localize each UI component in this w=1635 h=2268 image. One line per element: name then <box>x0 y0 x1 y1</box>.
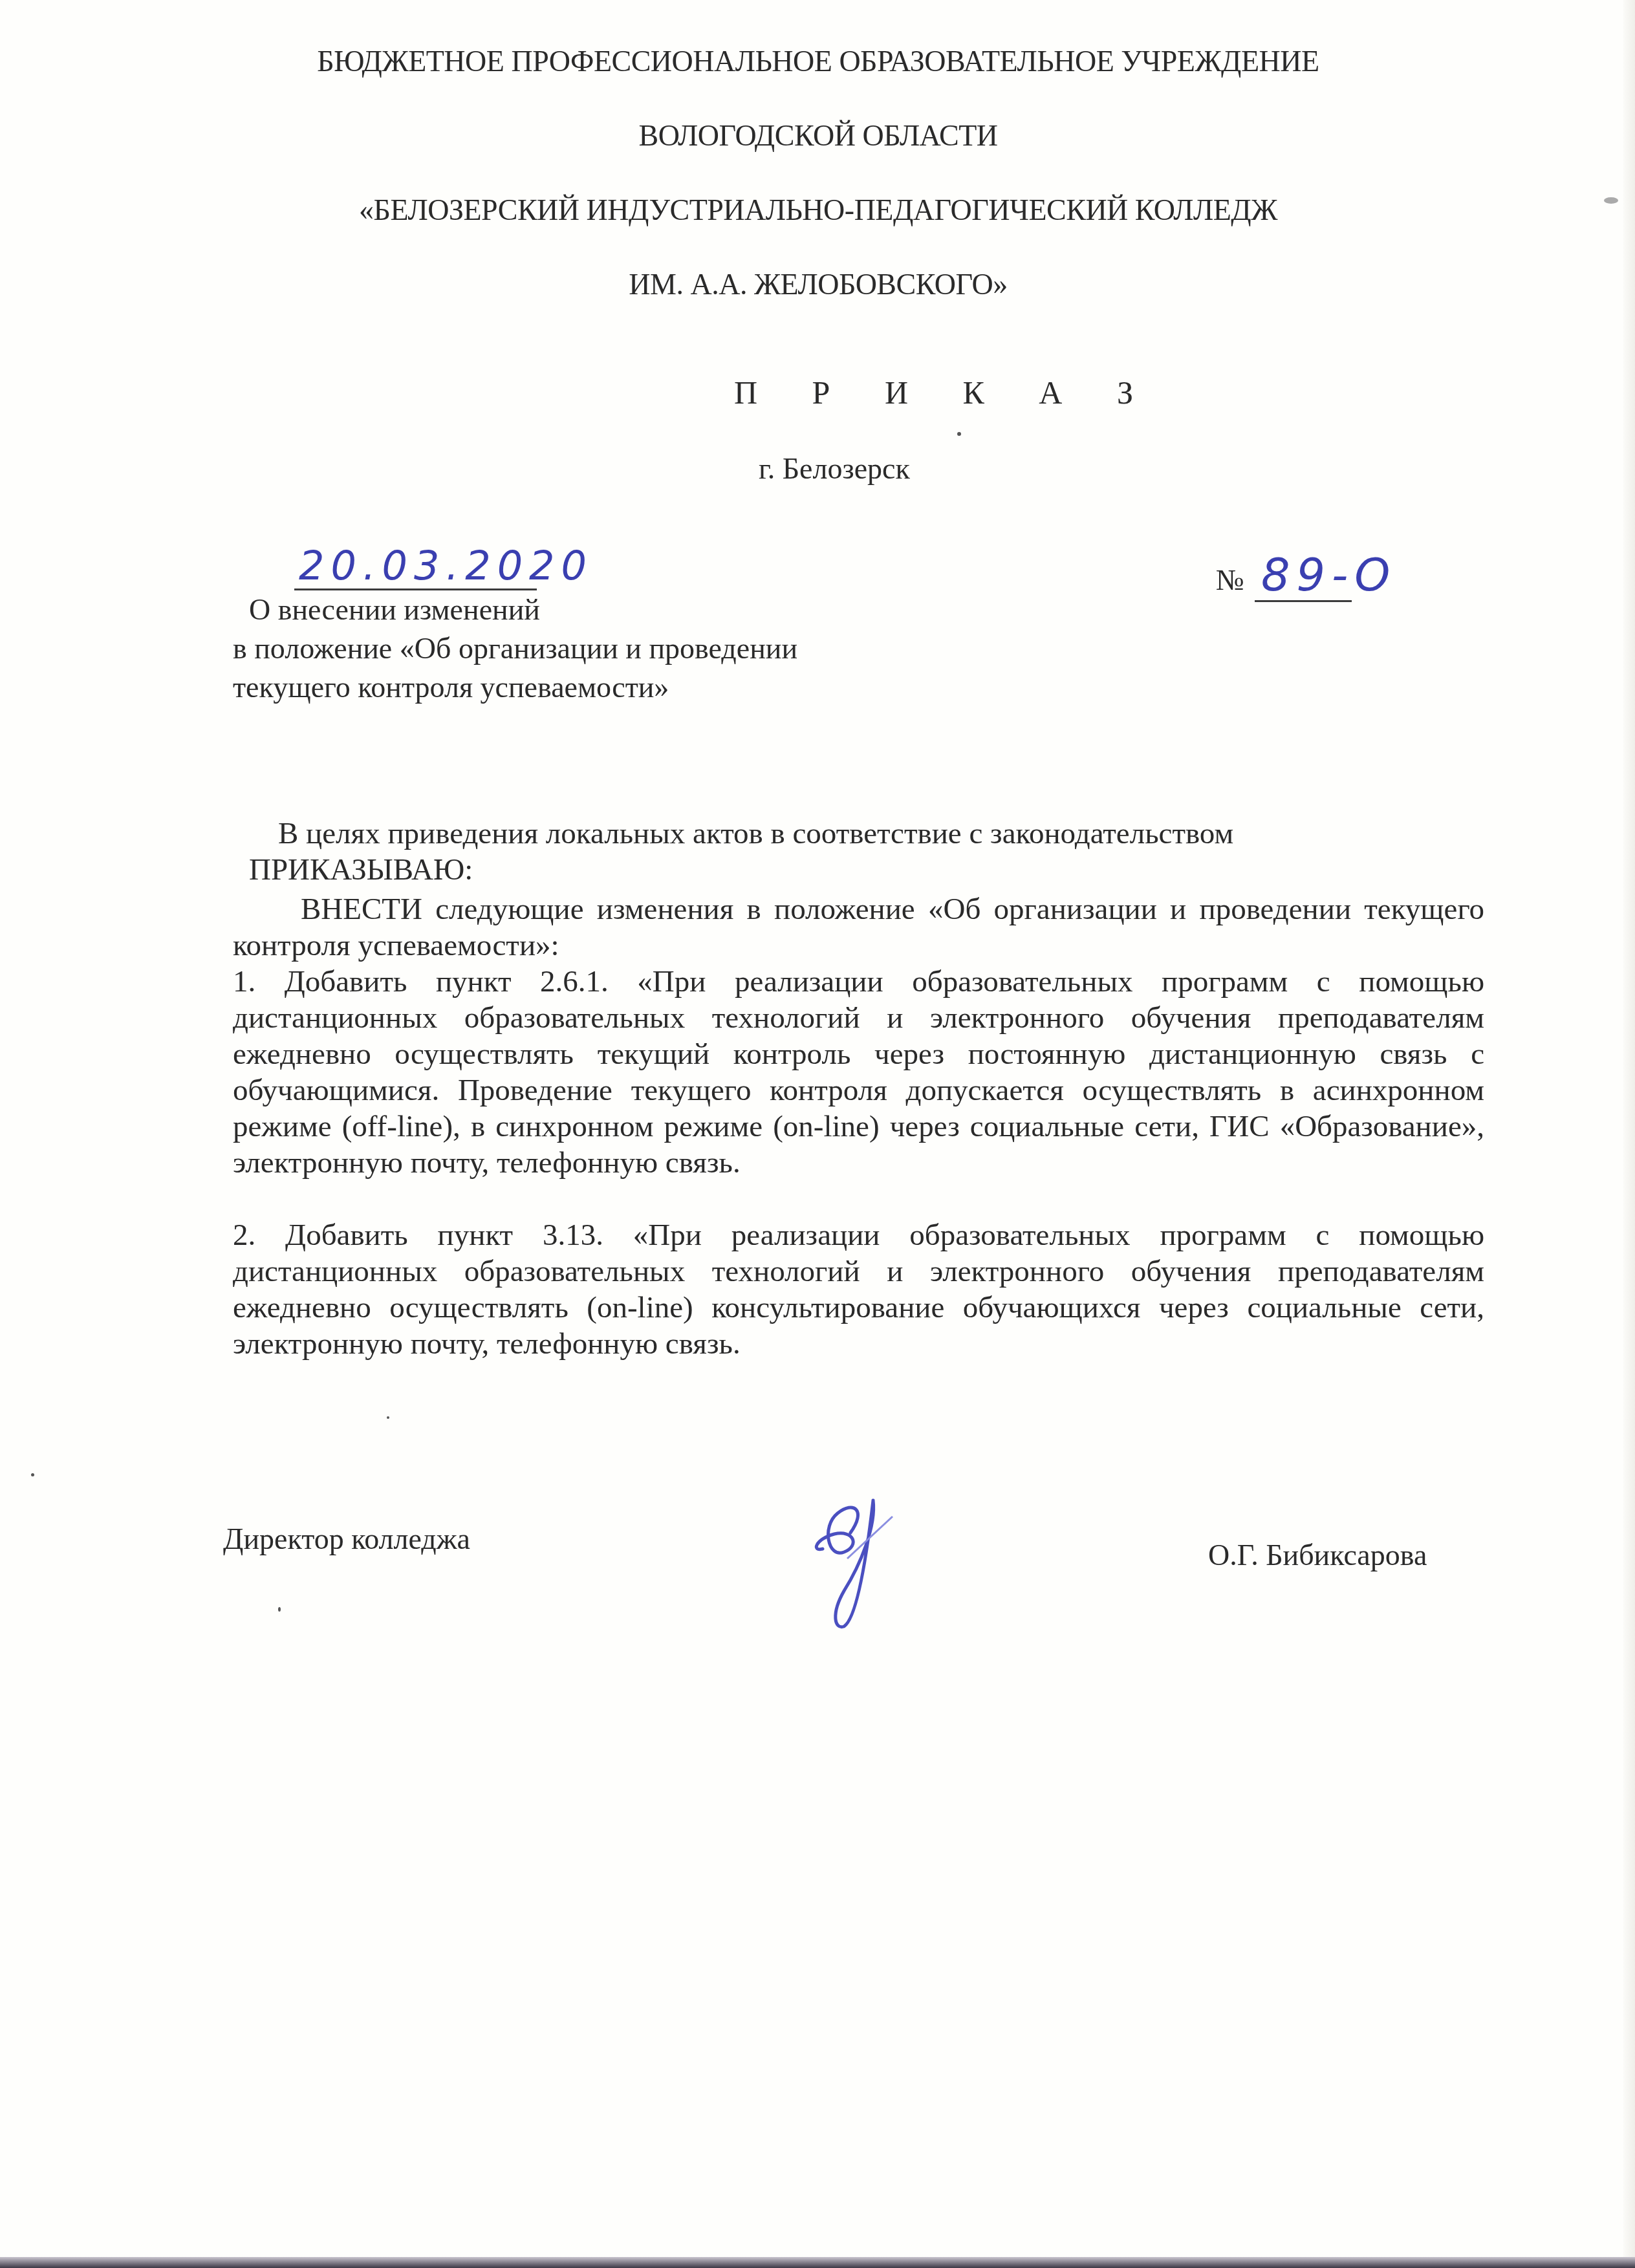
scan-right-edge <box>1623 0 1635 2257</box>
handwritten-signature <box>808 1487 912 1636</box>
item-1-paragraph: 1. Добавить пункт 2.6.1. «При реализации… <box>233 964 1484 1181</box>
subject-line-1: О внесении изменений <box>249 592 540 628</box>
header-institution-line-3: «БЕЛОЗЕРСКИЙ ИНДУСТРИАЛЬНО-ПЕДАГОГИЧЕСКИ… <box>0 193 1635 227</box>
city-label: г. Белозерск <box>759 451 910 486</box>
subject-line-2: в положение «Об организации и проведении <box>233 631 797 667</box>
scan-speck <box>387 1416 389 1419</box>
document-page: БЮДЖЕТНОЕ ПРОФЕССИОНАЛЬНОЕ ОБРАЗОВАТЕЛЬН… <box>0 0 1635 2257</box>
subject-line-3: текущего контроля успеваемости» <box>233 669 669 706</box>
handwritten-number: 89-О <box>1261 548 1396 601</box>
handwritten-date: 20.03.2020 <box>299 542 593 589</box>
scan-bottom-edge <box>0 2257 1635 2268</box>
signatory-position: Директор колледжа <box>223 1522 470 1556</box>
item-2-paragraph: 2. Добавить пункт 3.13. «При реализации … <box>233 1217 1484 1362</box>
scan-speck <box>957 432 961 436</box>
preamble: В целях приведения локальных актов в соо… <box>278 816 1233 851</box>
document-type-title: П Р И К А З <box>734 374 1156 411</box>
number-label: № <box>1216 563 1244 597</box>
header-institution-line-4: ИМ. А.А. ЖЕЛОБОВСКОГО» <box>0 267 1635 301</box>
number-underline <box>1255 600 1352 602</box>
date-underline <box>294 589 537 590</box>
scan-speck <box>1604 197 1618 204</box>
intro-paragraph: ВНЕСТИ следующие изменения в положение «… <box>233 891 1484 964</box>
header-institution-line-2: ВОЛОГОДСКОЙ ОБЛАСТИ <box>0 118 1635 153</box>
signatory-name: О.Г. Бибиксарова <box>1208 1538 1427 1572</box>
body-section: ВНЕСТИ следующие изменения в положение «… <box>233 891 1484 1362</box>
header-institution-line-1: БЮДЖЕТНОЕ ПРОФЕССИОНАЛЬНОЕ ОБРАЗОВАТЕЛЬН… <box>0 44 1635 78</box>
scan-speck <box>31 1473 34 1476</box>
scan-speck <box>278 1607 281 1612</box>
order-word: ПРИКАЗЫВАЮ: <box>249 852 473 887</box>
